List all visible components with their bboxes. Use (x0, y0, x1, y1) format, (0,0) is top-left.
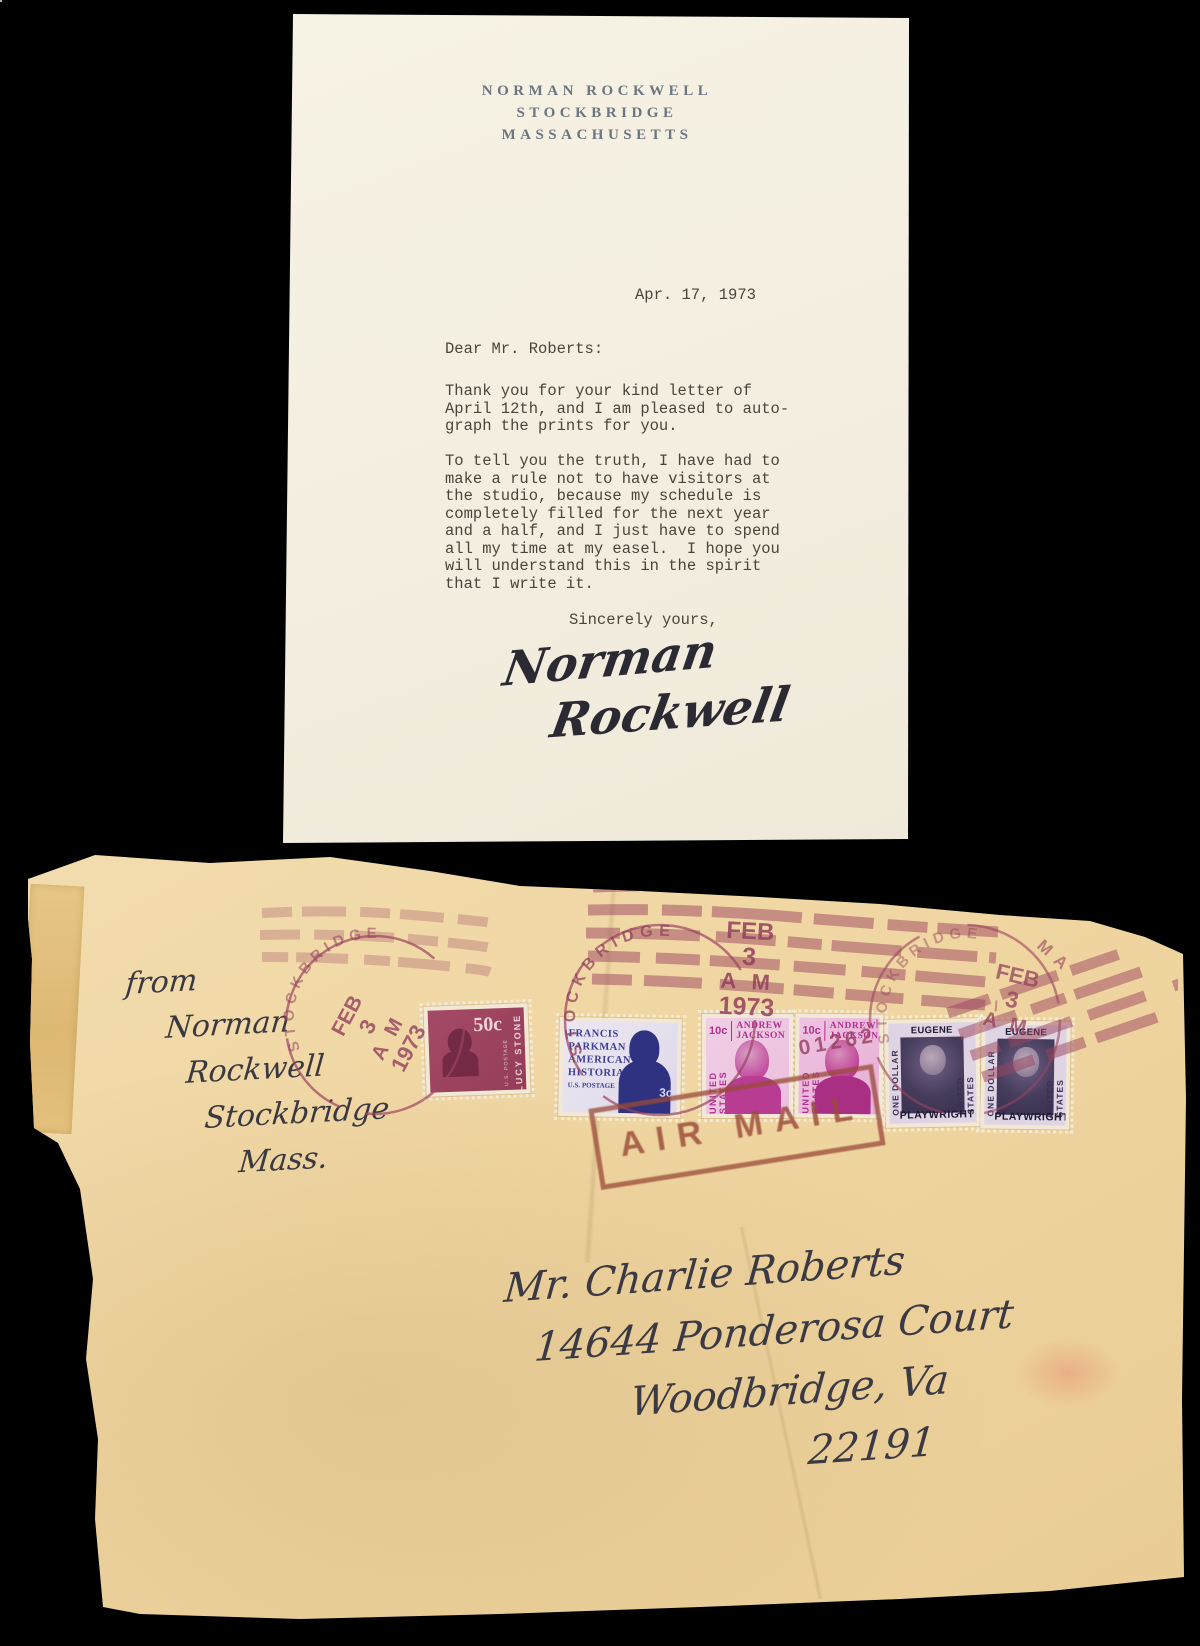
scanned-photo: NORMAN ROCKWELL STOCKBRIDGE MASSACHUSETT… (0, 0, 1200, 1646)
stamp-country: UNITED STATES (954, 1036, 975, 1114)
stamp-value: ONE DOLLAR (889, 1038, 900, 1116)
stamp-name-line-0: ANDREW (830, 1021, 879, 1032)
postmark-month: FEB (993, 959, 1041, 993)
stamp-country: UNITED STATES (1044, 1039, 1065, 1117)
stamp-eugene-oneill-2: EUGENE O'NEILL ONE DOLLAR UNITED STATES … (980, 1020, 1070, 1129)
dust-specks (0, 0, 2, 2)
stamp-eugene-oneill-1: EUGENE O'NEILL ONE DOLLAR UNITED STATES … (884, 1018, 981, 1128)
letter-page: NORMAN ROCKWELL STOCKBRIDGE MASSACHUSETT… (283, 10, 911, 843)
postmark-day: 3 (1003, 985, 1021, 1013)
letter-paragraph-2-line-4: and a half, and I just have to spend (445, 523, 780, 541)
stamp-title: PLAYWRIGHT (994, 1111, 1055, 1124)
return-address: fromNormanRockwellStockbridgeMass. (124, 948, 393, 1191)
cancellation-bars-top (586, 886, 1003, 1006)
postmark-month: FEB (726, 917, 775, 946)
letter-paragraph-1: Thank you for your kind letter ofApril 1… (445, 383, 789, 436)
letter-date: Apr. 17, 1973 (635, 286, 756, 304)
letter-paragraph-2-line-0: To tell you the truth, I have had to (445, 453, 780, 471)
letterhead-city: STOCKBRIDGE (283, 102, 911, 124)
stamp-name: ANDREWJACKSON (830, 1021, 879, 1042)
letterhead-name: NORMAN ROCKWELL (283, 80, 911, 102)
return-address-line-4: Mass. (237, 1132, 394, 1186)
postmark-time: A M (720, 968, 776, 996)
postmark-day: 3 (741, 943, 756, 972)
stamp-denomination: 10c (709, 1021, 732, 1041)
stamp-title: PLAYWRIGHT (900, 1108, 967, 1121)
letter-paragraph-2-line-1: make a rule not to have visitors at (445, 471, 780, 489)
recipient-address: Mr. Charlie Roberts14644 Ponderosa Court… (502, 1224, 1024, 1503)
letter-paragraph-1-line-0: Thank you for your kind letter of (445, 383, 789, 401)
envelope: fromNormanRockwellStockbridgeMass. 50c L… (18, 843, 1188, 1635)
letter-paragraph-2: To tell you the truth, I have had tomake… (445, 453, 780, 593)
airmail-label: AIR MAIL (607, 1088, 867, 1167)
stamp-name: LUCY STONE (512, 1011, 525, 1091)
stamp-denomination: 50c (473, 1013, 503, 1037)
letter-paragraph-2-line-6: will understand this in the spirit (445, 558, 780, 576)
stamp-denomination: 10c (802, 1021, 826, 1041)
stamp-lucy-stone-art: 50c LUCY STONE U.S. POSTAGE (428, 1007, 527, 1092)
letter-paragraph-1-line-1: April 12th, and I am pleased to auto- (445, 401, 789, 419)
stamp-oneill-art: EUGENE O'NEILL ONE DOLLAR UNITED STATES … (888, 1022, 977, 1124)
letter-salutation: Dear Mr. Roberts: (445, 340, 603, 358)
stamp-lucy-stone: 50c LUCY STONE U.S. POSTAGE (423, 1003, 530, 1097)
stamp-name: ANDREWJACKSON (736, 1021, 785, 1041)
letter-paragraph-2-line-3: completely filled for the next year (445, 506, 780, 524)
letterhead: NORMAN ROCKWELL STOCKBRIDGE MASSACHUSETT… (283, 80, 911, 146)
stamp-postage-label: U.S. POSTAGE (503, 1036, 511, 1086)
stamp-header: 10c ANDREWJACKSON (709, 1021, 787, 1041)
letterhead-state: MASSACHUSETTS (283, 124, 911, 146)
tape-strip (18, 884, 85, 1134)
letter-paragraph-2-line-7: that I write it. (445, 576, 780, 594)
letter-paragraph-1-line-2: graph the prints for you. (445, 418, 789, 436)
stamp-name-line-0: ANDREW (736, 1021, 785, 1031)
signature: Norman Rockwell (503, 624, 923, 736)
letter-paragraph-2-line-2: the studio, because my schedule is (445, 488, 780, 506)
stamp-value: ONE DOLLAR (985, 1038, 996, 1116)
stamp-oneill-art: EUGENE O'NEILL ONE DOLLAR UNITED STATES … (984, 1024, 1066, 1125)
lucy-stone-portrait (447, 1028, 472, 1055)
stamp-header: 10c ANDREWJACKSON (802, 1021, 877, 1042)
letter-paragraph-2-line-5: all my time at my easel. I hope you (445, 541, 780, 559)
postmark-state: MA (1033, 936, 1077, 979)
